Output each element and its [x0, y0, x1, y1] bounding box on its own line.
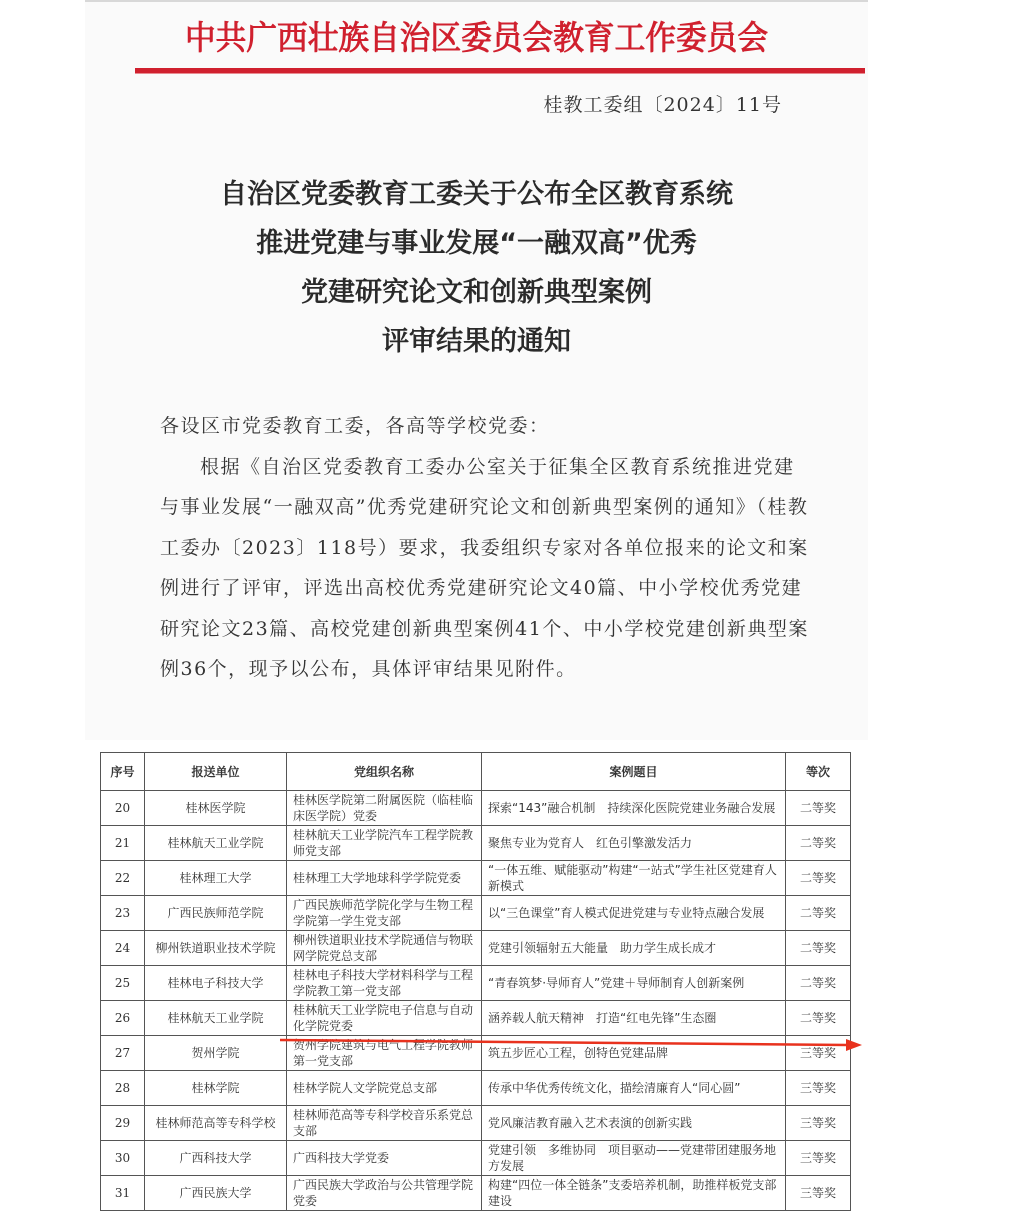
red-header-rule	[135, 68, 865, 74]
cell-title: 党风廉洁教育融入艺术表演的创新实践	[482, 1106, 786, 1141]
header-title: 案例题目	[482, 753, 786, 791]
title-line: 推进党建与事业发展“一融双高”优秀	[85, 219, 868, 268]
table-row: 22 桂林理工大学 桂林理工大学地球科学学院党委 “一体五维、赋能驱动”构建“一…	[101, 861, 851, 896]
cell-unit: 广西民族师范学院	[145, 896, 287, 931]
header-level: 等次	[786, 753, 851, 791]
cell-unit: 桂林理工大学	[145, 861, 287, 896]
cell-unit: 桂林医学院	[145, 791, 287, 826]
cell-level: 二等奖	[786, 966, 851, 1001]
table-row: 31 广西民族大学 广西民族大学政治与公共管理学院党委 构建“四位一体全链条”支…	[101, 1176, 851, 1211]
body-paragraph: 根据《自治区党委教育工委办公室关于征集全区教育系统推进党建与事业发展“一融双高”…	[160, 447, 810, 690]
document-title: 自治区党委教育工委关于公布全区教育系统 推进党建与事业发展“一融双高”优秀 党建…	[85, 170, 868, 366]
cell-unit: 桂林电子科技大学	[145, 966, 287, 1001]
cell-unit: 广西民族大学	[145, 1176, 287, 1211]
title-line: 评审结果的通知	[85, 317, 868, 366]
cell-number: 23	[101, 896, 145, 931]
cell-number: 25	[101, 966, 145, 1001]
cell-title: 探索“143”融合机制 持续深化医院党建业务融合发展	[482, 791, 786, 826]
cell-title: 涵养载人航天精神 打造“红电先锋”生态圈	[482, 1001, 786, 1036]
cell-title: 党建引领辐射五大能量 助力学生成长成才	[482, 931, 786, 966]
cell-number: 24	[101, 931, 145, 966]
table-row: 29 桂林师范高等专科学校 桂林师范高等专科学校音乐系党总支部 党风廉洁教育融入…	[101, 1106, 851, 1141]
cell-unit: 贺州学院	[145, 1036, 287, 1071]
table-row: 24 柳州铁道职业技术学院 柳州铁道职业技术学院通信与物联网学院党总支部 党建引…	[101, 931, 851, 966]
table-header-row: 序号 报送单位 党组织名称 案例题目 等次	[101, 753, 851, 791]
cell-org: 广西民族师范学院化学与生物工程学院第一学生党支部	[287, 896, 482, 931]
cell-level: 二等奖	[786, 861, 851, 896]
cell-level: 二等奖	[786, 1001, 851, 1036]
cell-org: 广西民族大学政治与公共管理学院党委	[287, 1176, 482, 1211]
table-row: 21 桂林航天工业学院 桂林航天工业学院汽车工程学院教师党支部 聚焦专业为党育人…	[101, 826, 851, 861]
cell-unit: 桂林师范高等专科学校	[145, 1106, 287, 1141]
title-line: 自治区党委教育工委关于公布全区教育系统	[85, 170, 868, 219]
cell-title: “青春筑梦·导师育人”党建＋导师制育人创新案例	[482, 966, 786, 1001]
table-row: 28 桂林学院 桂林学院人文学院党总支部 传承中华优秀传统文化，描绘清廉育人“同…	[101, 1071, 851, 1106]
cell-title: “一体五维、赋能驱动”构建“一站式”学生社区党建育人新模式	[482, 861, 786, 896]
cell-org: 贺州学院建筑与电气工程学院教师第一党支部	[287, 1036, 482, 1071]
issuing-organization: 中共广西壮族自治区委员会教育工作委员会	[112, 16, 840, 60]
cell-unit: 桂林学院	[145, 1071, 287, 1106]
cell-org: 桂林医学院第二附属医院（临桂临床医学院）党委	[287, 791, 482, 826]
table-row: 27 贺州学院 贺州学院建筑与电气工程学院教师第一党支部 筑五步匠心工程，创特色…	[101, 1036, 851, 1071]
cell-number: 29	[101, 1106, 145, 1141]
cell-number: 22	[101, 861, 145, 896]
cell-level: 三等奖	[786, 1141, 851, 1176]
document-page: 中共广西壮族自治区委员会教育工作委员会 桂教工委组〔2024〕11号 自治区党委…	[85, 0, 868, 740]
cell-unit: 桂林航天工业学院	[145, 826, 287, 861]
table-row: 20 桂林医学院 桂林医学院第二附属医院（临桂临床医学院）党委 探索“143”融…	[101, 791, 851, 826]
cell-title: 构建“四位一体全链条”支委培养机制，助推样板党支部建设	[482, 1176, 786, 1211]
cell-unit: 广西科技大学	[145, 1141, 287, 1176]
cell-level: 三等奖	[786, 1036, 851, 1071]
cell-level: 三等奖	[786, 1071, 851, 1106]
cell-level: 二等奖	[786, 791, 851, 826]
table-row-highlighted: 26 桂林航天工业学院 桂林航天工业学院电子信息与自动化学院党委 涵养载人航天精…	[101, 1001, 851, 1036]
header-unit: 报送单位	[145, 753, 287, 791]
cell-title: 筑五步匠心工程，创特色党建品牌	[482, 1036, 786, 1071]
cell-number: 30	[101, 1141, 145, 1176]
table-row: 23 广西民族师范学院 广西民族师范学院化学与生物工程学院第一学生党支部 以“三…	[101, 896, 851, 931]
cell-org: 桂林学院人文学院党总支部	[287, 1071, 482, 1106]
cell-number: 26	[101, 1001, 145, 1036]
header-number: 序号	[101, 753, 145, 791]
cell-title: 党建引领 多维协同 项目驱动——党建带团建服务地方发展	[482, 1141, 786, 1176]
cell-title: 聚焦专业为党育人 红色引擎激发活力	[482, 826, 786, 861]
cell-org: 桂林理工大学地球科学学院党委	[287, 861, 482, 896]
cell-number: 31	[101, 1176, 145, 1211]
document-body: 各设区市党委教育工委，各高等学校党委： 根据《自治区党委教育工委办公室关于征集全…	[160, 406, 810, 690]
cell-level: 二等奖	[786, 826, 851, 861]
cell-org: 桂林航天工业学院汽车工程学院教师党支部	[287, 826, 482, 861]
cell-org: 柳州铁道职业技术学院通信与物联网学院党总支部	[287, 931, 482, 966]
cell-unit: 柳州铁道职业技术学院	[145, 931, 287, 966]
cell-number: 21	[101, 826, 145, 861]
cell-level: 二等奖	[786, 931, 851, 966]
cell-unit: 桂林航天工业学院	[145, 1001, 287, 1036]
cell-number: 20	[101, 791, 145, 826]
cell-org: 桂林师范高等专科学校音乐系党总支部	[287, 1106, 482, 1141]
header-org: 党组织名称	[287, 753, 482, 791]
salutation: 各设区市党委教育工委，各高等学校党委：	[160, 406, 810, 447]
document-number: 桂教工委组〔2024〕11号	[543, 90, 782, 117]
cell-title: 以“三色课堂”育人模式促进党建与专业特点融合发展	[482, 896, 786, 931]
cell-org: 广西科技大学党委	[287, 1141, 482, 1176]
cell-level: 三等奖	[786, 1176, 851, 1211]
cell-level: 三等奖	[786, 1106, 851, 1141]
cell-number: 28	[101, 1071, 145, 1106]
results-table: 序号 报送单位 党组织名称 案例题目 等次 20 桂林医学院 桂林医学院第二附属…	[100, 752, 851, 1211]
cell-number: 27	[101, 1036, 145, 1071]
cell-org: 桂林航天工业学院电子信息与自动化学院党委	[287, 1001, 482, 1036]
title-line: 党建研究论文和创新典型案例	[85, 268, 868, 317]
table-row: 30 广西科技大学 广西科技大学党委 党建引领 多维协同 项目驱动——党建带团建…	[101, 1141, 851, 1176]
table-row: 25 桂林电子科技大学 桂林电子科技大学材料科学与工程学院教工第一党支部 “青春…	[101, 966, 851, 1001]
results-table-image: 序号 报送单位 党组织名称 案例题目 等次 20 桂林医学院 桂林医学院第二附属…	[92, 745, 862, 1229]
cell-level: 二等奖	[786, 896, 851, 931]
cell-org: 桂林电子科技大学材料科学与工程学院教工第一党支部	[287, 966, 482, 1001]
cell-title: 传承中华优秀传统文化，描绘清廉育人“同心圆”	[482, 1071, 786, 1106]
